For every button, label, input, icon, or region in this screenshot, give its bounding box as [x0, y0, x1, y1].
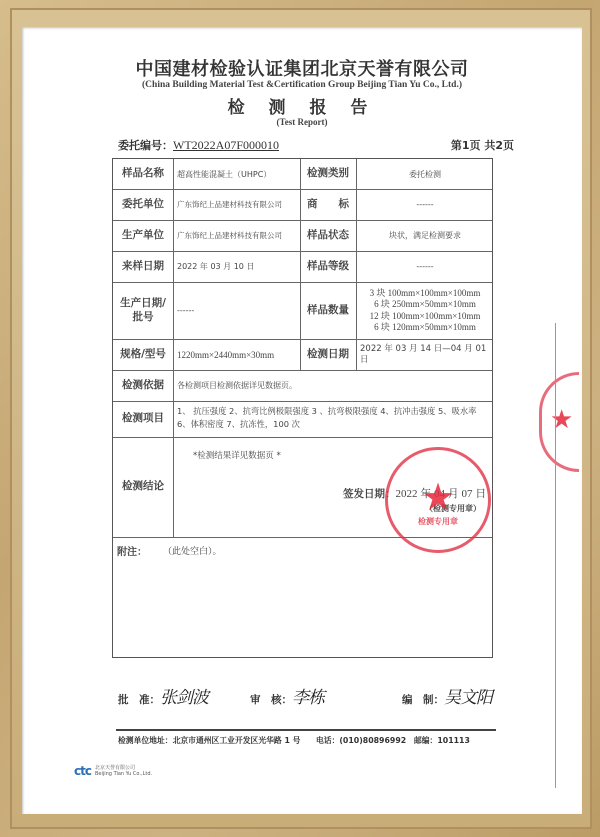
approve-signature: 批 准：张剑波: [118, 683, 208, 708]
remark-label: 附注：: [117, 543, 147, 558]
entrust-number-row: 委托编号：WT2022A07F000010: [118, 137, 279, 153]
review-signature: 审 核：李栋: [250, 683, 324, 708]
producer-label: 生产单位: [113, 220, 173, 251]
review-sig: 李栋: [292, 688, 324, 708]
test-date-value: 2022 年 03 月 14 日—04 月 01 日: [356, 339, 494, 370]
approve-sig: 张剑波: [160, 688, 208, 708]
sample-quantity-item: 6 块 120mm×50mm×10mm: [374, 322, 476, 334]
production-date-label: 生产日期/批号: [117, 282, 169, 339]
conclusion-label: 检测结论: [113, 437, 173, 537]
sample-quantity-item: 12 块 100mm×100mm×10mm: [370, 311, 481, 323]
producer-value: 广东饰纪上品建材科技有限公司: [173, 220, 300, 251]
organization-name-cn: 中国建材检验认证集团北京天誉有限公司: [22, 55, 582, 81]
footer-address: 检测单位地址：北京市通州区工业开发区光华路 1 号 电话：(010)808969…: [118, 735, 470, 746]
issue-date-label: 签发日期：: [343, 488, 396, 500]
sample-quantity-label: 样品数量: [300, 282, 356, 339]
review-label: 审 核：: [250, 694, 292, 706]
sample-state-label: 样品状态: [300, 220, 356, 251]
test-type-label: 检测类别: [300, 159, 356, 189]
test-items-label: 检测项目: [113, 401, 173, 437]
company-logo: ctc 北京天誉有限公司 Beijing Tian Yu Co.,Ltd.: [74, 765, 152, 777]
client-label: 委托单位: [113, 189, 173, 220]
footer-divider: [116, 729, 496, 731]
spec-value: 1220mm×2440mm×30mm: [173, 339, 300, 370]
brand-label: 商 标: [300, 189, 356, 220]
sample-quantity-list: 3 块 100mm×100mm×100mm 6 块 250mm×50mm×10m…: [356, 282, 494, 339]
sample-name-value: 超高性能混凝土（UHPC）: [173, 159, 300, 189]
sample-grade-label: 样品等级: [300, 251, 356, 282]
ctc-logo-icon: ctc: [74, 765, 91, 777]
compile-sig: 吴文阳: [444, 688, 492, 708]
entrust-number: WT2022A07F000010: [173, 138, 279, 152]
test-items-value: 1、 抗压强度 2、抗弯比例极限强度 3 、抗弯极限强度 4、抗冲击强度 5、吸…: [173, 401, 485, 437]
sample-grade-value: ------: [356, 251, 494, 282]
issue-date-value: 2022 年 04 月 07 日: [396, 488, 487, 500]
report-subtitle: (Test Report): [22, 117, 582, 127]
sample-name-label: 样品名称: [113, 159, 173, 189]
test-date-label: 检测日期: [300, 339, 356, 370]
seal-note: （检测专用章）: [425, 503, 481, 514]
compile-label: 编 制：: [402, 694, 444, 706]
brand-value: ------: [356, 189, 494, 220]
partial-seal-stamp: ★: [539, 372, 579, 472]
report-table: 样品名称 超高性能混凝土（UHPC） 检测类别 委托检测 委托单位 广东饰纪上品…: [112, 158, 493, 658]
page-edge-line: [555, 323, 556, 788]
sample-state-value: 块状，满足检测要求: [356, 220, 494, 251]
organization-name-en: (China Building Material Test &Certifica…: [22, 80, 582, 90]
report-title: 检 测 报 告: [22, 93, 582, 118]
approve-label: 批 准：: [118, 694, 160, 706]
test-basis-label: 检测依据: [113, 370, 173, 401]
star-icon: ★: [550, 407, 573, 433]
logo-text: 北京天誉有限公司 Beijing Tian Yu Co.,Ltd.: [95, 765, 152, 777]
certificate-document: 中国建材检验认证集团北京天誉有限公司 (China Building Mater…: [22, 27, 582, 814]
entrust-number-label: 委托编号：: [118, 139, 173, 152]
conclusion-value: *检测结果详见数据页 *: [193, 449, 281, 461]
issue-date: 签发日期：2022 年 04 月 07 日: [343, 485, 486, 501]
test-basis-value: 各检测项目检测依据详见数据页。: [173, 370, 494, 401]
spec-label: 规格/型号: [113, 339, 173, 370]
compile-signature: 编 制：吴文阳: [402, 683, 492, 708]
arrival-date-label: 来样日期: [113, 251, 173, 282]
remark-value: （此处空白）。: [163, 544, 222, 557]
arrival-date-value: 2022 年 03 月 10 日: [173, 251, 300, 282]
sample-quantity-item: 3 块 100mm×100mm×100mm: [370, 288, 481, 300]
production-date-value: ------: [173, 282, 300, 339]
test-type-value: 委托检测: [356, 159, 494, 189]
page-indicator: 第1页 共2页: [414, 137, 514, 153]
sample-quantity-item: 6 块 250mm×50mm×10mm: [374, 299, 476, 311]
client-value: 广东饰纪上品建材科技有限公司: [173, 189, 300, 220]
logo-en: Beijing Tian Yu Co.,Ltd.: [95, 771, 152, 777]
